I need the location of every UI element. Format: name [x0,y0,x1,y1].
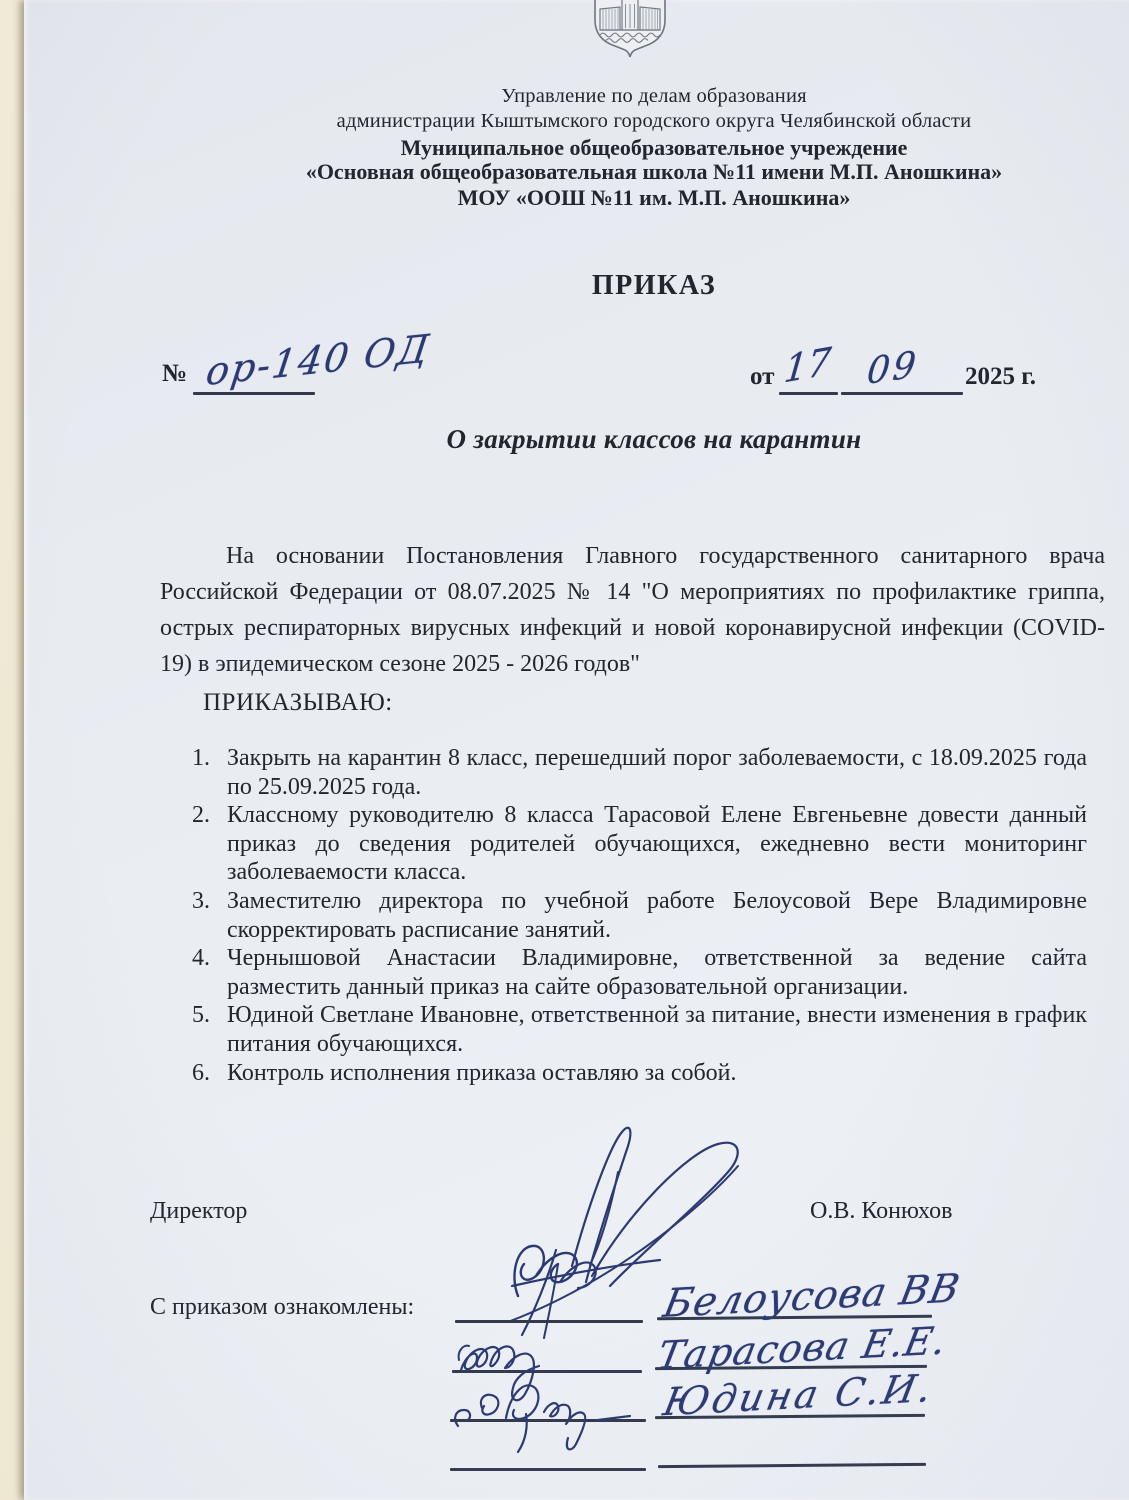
order-title: ПРИКАЗ [129,270,1129,302]
ack-signature-line [450,1468,646,1471]
director-label: Директор [150,1198,247,1225]
date-label: от [750,363,774,391]
director-name: О.В. Конюхов [810,1198,952,1225]
item-text: Классному руководителю 8 класса Тарасово… [227,802,1087,885]
date-day-handwritten: 17 [782,339,833,392]
item-text: Закрыть на карантин 8 класс, перешедший … [227,745,1087,800]
resolution-word: ПРИКАЗЫВАЮ: [203,689,393,717]
order-items: 1. Закрыть на карантин 8 класс, перешедш… [190,744,1087,1087]
ack-label: С приказом ознакомлены: [150,1294,414,1321]
item-number: 1. [192,744,210,773]
number-label: № [162,360,187,388]
photo-backdrop: Управление по делам образования админист… [0,0,1129,1500]
kyshtym-coat-of-arms-icon [591,0,669,60]
item-text: Контроль исполнения приказа оставляю за … [227,1060,737,1086]
org-line-5: МОУ «ООШ №11 им. М.П. Аношкина» [129,185,1129,211]
number-value-handwritten: ор-140 ОД [203,326,433,394]
date-month-underline [841,392,963,395]
order-item: 3. Заместителю директора по учебной рабо… [190,887,1087,944]
date-year: 2025 г. [965,363,1036,391]
item-text: Заместителю директора по учебной работе … [227,888,1087,943]
item-number: 4. [192,944,210,973]
order-item: 4. Чернышовой Анастасии Владимировне, от… [190,944,1087,1001]
paper: Управление по делам образования админист… [24,0,1129,1500]
org-line-1: Управление по делам образования [129,85,1129,108]
org-line-3: Муниципальное общеобразовательное учрежд… [129,135,1129,161]
item-text: Чернышовой Анастасии Владимировне, ответ… [227,945,1087,1000]
org-line-2: администрации Кыштымского городского окр… [129,110,1129,133]
order-item: 1. Закрыть на карантин 8 класс, перешедш… [190,744,1087,801]
order-subject: О закрытии классов на карантин [129,424,1129,455]
item-text: Юдиной Светлане Ивановне, ответственной … [227,1002,1087,1057]
item-number: 5. [192,1001,210,1030]
order-item: 6. Контроль исполнения приказа оставляю … [190,1059,1087,1088]
ack-name-line [658,1463,926,1468]
org-line-4: «Основная общеобразовательная школа №11 … [129,159,1129,185]
order-item: 2. Классному руководителю 8 класса Тарас… [190,801,1087,887]
order-item: 5. Юдиной Светлане Ивановне, ответственн… [190,1001,1087,1058]
date-day-underline [779,392,838,395]
item-number: 3. [192,887,210,916]
ack-signature-3 [448,1368,678,1458]
date-month-handwritten: 09 [865,344,921,393]
item-number: 6. [192,1059,210,1088]
order-preamble: На основании Постановления Главного госу… [160,538,1105,682]
item-number: 2. [192,801,210,830]
